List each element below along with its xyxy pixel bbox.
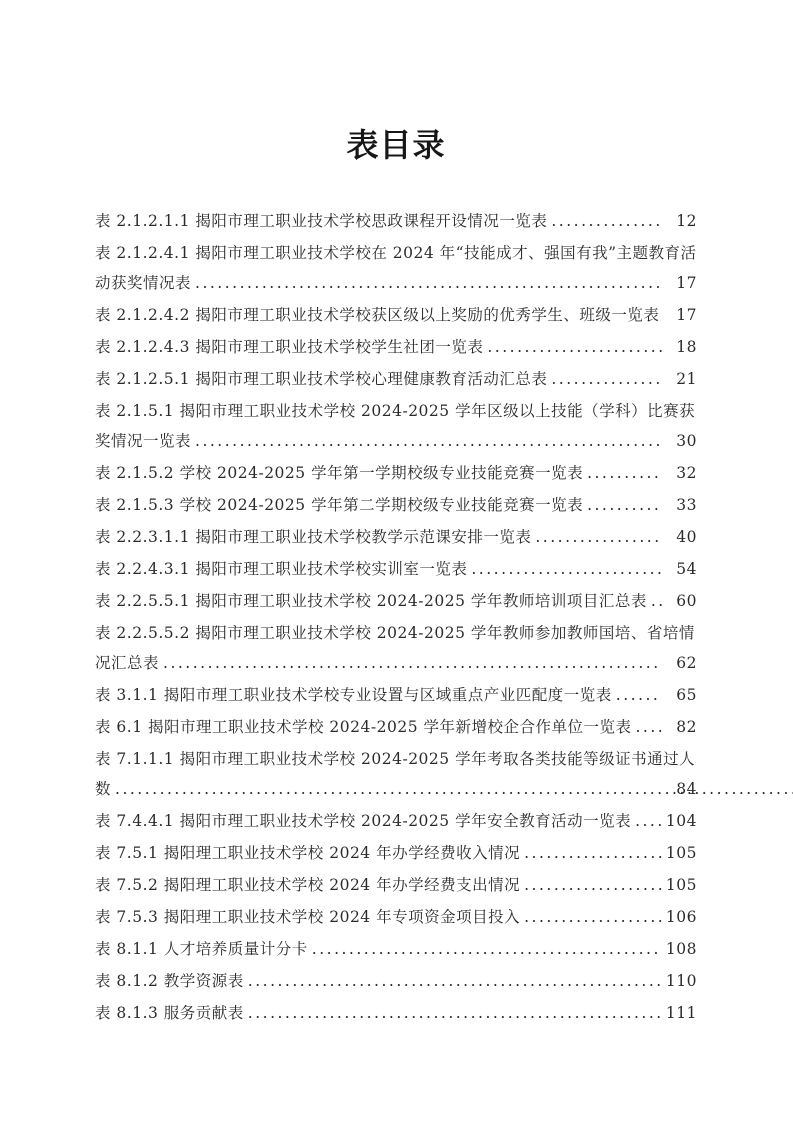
toc-entry[interactable]: 表 3.1.1 揭阳市理工职业技术学校专业设置与区域重点产业匹配度一览表....…: [95, 680, 697, 710]
toc-entry[interactable]: 表 2.1.5.3 学校 2024-2025 学年第二学期校级专业技能竞赛一览表…: [95, 490, 697, 520]
toc-entry-page-number: 65: [676, 680, 697, 710]
toc-entry-label: 表 2.2.4.3.1 揭阳市理工职业技术学校实训室一览表: [95, 560, 467, 578]
toc-entry-page-number: 21: [676, 364, 697, 394]
toc-entry-label: 表 8.1.2 教学资源表: [95, 972, 244, 990]
toc-entry-page-number: 54: [676, 554, 697, 584]
toc-entry-page-number: 18: [676, 332, 697, 362]
toc-entry[interactable]: 表 7.5.1 揭阳理工职业技术学校 2024 年办学经费收入情况.......…: [95, 838, 697, 868]
toc-entry[interactable]: 表 2.1.2.4.2 揭阳市理工职业技术学校获区级以上奖励的优秀学生、班级一览…: [95, 300, 697, 330]
dot-leader: ..........................: [471, 560, 694, 578]
page-title: 表目录: [95, 128, 697, 162]
toc-entry-label: 表 8.1.1 人才培养质量计分卡: [95, 940, 308, 958]
toc-entry[interactable]: 表 7.4.4.1 揭阳市理工职业技术学校 2024-2025 学年安全教育活动…: [95, 806, 697, 836]
dot-leader: ........................................…: [248, 972, 694, 990]
toc-entry[interactable]: 表 2.1.5.2 学校 2024-2025 学年第一学期校级专业技能竞赛一览表…: [95, 458, 697, 488]
toc-entry[interactable]: 表 8.1.2 教学资源表...........................…: [95, 966, 697, 996]
dot-leader: ........................................…: [195, 432, 693, 450]
toc-entry-label: 表 8.1.3 服务贡献表: [95, 1004, 244, 1022]
toc-entry-page-number: 111: [666, 998, 697, 1028]
dot-leader: .................: [535, 528, 691, 546]
toc-entry-label: 表 2.2.5.5.1 揭阳市理工职业技术学校 2024-2025 学年教师培训…: [95, 592, 647, 610]
toc-entry[interactable]: 表 2.1.2.4.1 揭阳市理工职业技术学校在 2024 年“技能成才、强国有…: [95, 238, 697, 298]
toc-entry-page-number: 110: [666, 966, 697, 996]
toc-entry-label: 表 2.1.2.4.3 揭阳市理工职业技术学校学生社团一览表: [95, 338, 483, 356]
toc-entry-page-number: 17: [676, 300, 697, 330]
dot-leader: ...............: [551, 212, 692, 230]
toc-entry[interactable]: 表 8.1.3 服务贡献表...........................…: [95, 998, 697, 1028]
toc-entry-page-number: 108: [666, 934, 697, 964]
toc-entry-page-number: 40: [676, 522, 697, 552]
toc-entry[interactable]: 表 2.2.4.3.1 揭阳市理工职业技术学校实训室一览表...........…: [95, 554, 697, 584]
toc-entry-page-number: 32: [676, 458, 697, 488]
dot-leader: ........................: [487, 338, 695, 356]
toc-entry-label: 表 2.1.5.3 学校 2024-2025 学年第二学期校级专业技能竞赛一览表: [95, 496, 583, 514]
toc-entry-label: 表 7.5.3 揭阳理工职业技术学校 2024 年专项资金项目投入: [95, 908, 520, 926]
toc-entry-page-number: 60: [676, 586, 697, 616]
toc-entry-label: 表 2.1.2.5.1 揭阳市理工职业技术学校心理健康教育活动汇总表: [95, 370, 547, 388]
toc-entry-label: 表 6.1 揭阳市理工职业技术学校 2024-2025 学年新增校企合作单位一览…: [95, 718, 632, 736]
toc-entry-page-number: 84: [676, 774, 697, 804]
table-of-contents: 表 2.1.2.1.1 揭阳市理工职业技术学校思政课程开设情况一览表......…: [95, 206, 697, 1028]
toc-entry-label: 表 3.1.1 揭阳市理工职业技术学校专业设置与区域重点产业匹配度一览表: [95, 686, 612, 704]
toc-entry-page-number: 105: [666, 838, 697, 868]
toc-entry[interactable]: 表 7.1.1.1 揭阳市理工职业技术学校 2024-2025 学年考取各类技能…: [95, 744, 697, 804]
toc-entry[interactable]: 表 2.1.5.1 揭阳市理工职业技术学校 2024-2025 学年区级以上技能…: [95, 396, 697, 456]
toc-entry-page-number: 104: [666, 806, 697, 836]
toc-entry-label: 表 7.5.1 揭阳理工职业技术学校 2024 年办学经费收入情况: [95, 844, 520, 862]
dot-leader: ........................................…: [312, 940, 691, 958]
toc-entry-page-number: 106: [666, 902, 697, 932]
toc-entry-page-number: 33: [676, 490, 697, 520]
toc-entry[interactable]: 表 6.1 揭阳市理工职业技术学校 2024-2025 学年新增校企合作单位一览…: [95, 712, 697, 742]
document-page: 表目录 表 2.1.2.1.1 揭阳市理工职业技术学校思政课程开设情况一览表..…: [0, 0, 793, 1122]
toc-entry[interactable]: 表 2.2.3.1.1 揭阳市理工职业技术学校教学示范课安排一览表.......…: [95, 522, 697, 552]
toc-entry-page-number: 30: [676, 426, 697, 456]
dot-leader: ........................................…: [195, 274, 693, 292]
dot-leader: ...............: [551, 370, 692, 388]
toc-entry[interactable]: 表 7.5.2 揭阳理工职业技术学校 2024 年办学经费支出情况.......…: [95, 870, 697, 900]
toc-entry-page-number: 62: [676, 648, 697, 678]
toc-entry-page-number: 17: [676, 268, 697, 298]
toc-entry[interactable]: 表 2.2.5.5.1 揭阳市理工职业技术学校 2024-2025 学年教师培训…: [95, 586, 697, 616]
toc-entry[interactable]: 表 2.2.5.5.2 揭阳市理工职业技术学校 2024-2025 学年教师参加…: [95, 618, 697, 678]
toc-entry-label: 表 2.2.3.1.1 揭阳市理工职业技术学校教学示范课安排一览表: [95, 528, 531, 546]
toc-entry[interactable]: 表 8.1.1 人才培养质量计分卡.......................…: [95, 934, 697, 964]
toc-entry-page-number: 12: [676, 206, 697, 236]
dot-leader: ........................................…: [248, 1004, 694, 1022]
toc-entry[interactable]: 表 2.1.2.1.1 揭阳市理工职业技术学校思政课程开设情况一览表......…: [95, 206, 697, 236]
toc-entry-page-number: 105: [666, 870, 697, 900]
toc-entry-label: 表 7.4.4.1 揭阳市理工职业技术学校 2024-2025 学年安全教育活动…: [95, 812, 631, 830]
toc-entry[interactable]: 表 7.5.3 揭阳理工职业技术学校 2024 年专项资金项目投入.......…: [95, 902, 697, 932]
toc-entry[interactable]: 表 2.1.2.4.3 揭阳市理工职业技术学校学生社团一览表..........…: [95, 332, 697, 362]
toc-entry-label: 表 2.1.5.2 学校 2024-2025 学年第一学期校级专业技能竞赛一览表: [95, 464, 583, 482]
toc-entry-label: 表 2.1.2.4.2 揭阳市理工职业技术学校获区级以上奖励的优秀学生、班级一览…: [95, 306, 659, 324]
toc-entry-label: 表 2.1.2.1.1 揭阳市理工职业技术学校思政课程开设情况一览表: [95, 212, 547, 230]
toc-entry[interactable]: 表 2.1.2.5.1 揭阳市理工职业技术学校心理健康教育活动汇总表......…: [95, 364, 697, 394]
toc-entry-page-number: 82: [676, 712, 697, 742]
dot-leader: ........................................…: [163, 654, 691, 672]
toc-entry-label: 表 7.5.2 揭阳理工职业技术学校 2024 年办学经费支出情况: [95, 876, 520, 894]
